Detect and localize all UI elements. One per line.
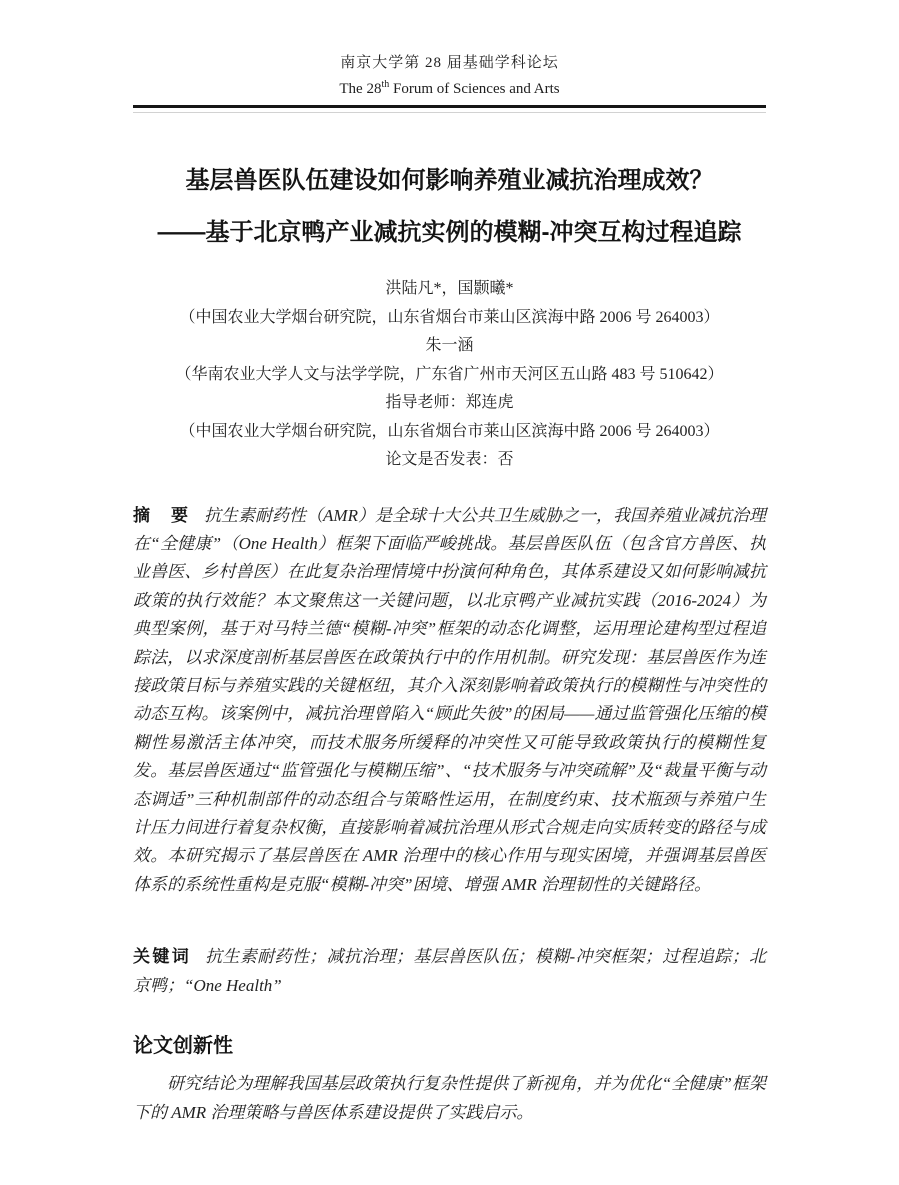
innovation-text: 研究结论为理解我国基层政策执行复杂性提供了新视角，并为优化“全健康”框架下的 A… (133, 1069, 766, 1127)
header-rule (133, 105, 766, 108)
forum-title-en-pre: The 28 (339, 81, 381, 97)
abstract-paragraph: 摘 要抗生素耐药性（AMR）是全球十大公共卫生威胁之一，我国养殖业减抗治理在“全… (133, 502, 766, 900)
forum-title-cn: 南京大学第 28 届基础学科论坛 (133, 52, 766, 74)
running-head: 南京大学第 28 届基础学科论坛 The 28th Forum of Scien… (133, 52, 766, 113)
section-heading-innovation: 论文创新性 (133, 1032, 766, 1060)
keywords-label: 关键词 (133, 947, 191, 966)
affiliation-line-1: （中国农业大学烟台研究院，山东省烟台市莱山区滨海中路 2006 号 264003… (133, 304, 766, 333)
paper-title-line-1: 基层兽医队伍建设如何影响养殖业减抗治理成效？ (133, 155, 766, 207)
abstract-text: 抗生素耐药性（AMR）是全球十大公共卫生威胁之一，我国养殖业减抗治理在“全健康”… (133, 506, 766, 894)
author-names-line: 洪陆凡*，国颢曦* (133, 275, 766, 304)
forum-title-en-post: Forum of Sciences and Arts (389, 81, 559, 97)
affiliation-line-2: （华南农业大学人文与法学学院，广东省广州市天河区五山路 483 号 510642… (133, 361, 766, 390)
header-rule-shadow (133, 112, 766, 113)
author-block: 洪陆凡*，国颢曦* （中国农业大学烟台研究院，山东省烟台市莱山区滨海中路 200… (133, 275, 766, 475)
advisor-line: 指导老师：郑连虎 (133, 389, 766, 418)
abstract-label: 摘 要 (133, 506, 190, 525)
affiliation-line-3: （中国农业大学烟台研究院，山东省烟台市莱山区滨海中路 2006 号 264003… (133, 418, 766, 447)
publication-status-line: 论文是否发表：否 (133, 446, 766, 475)
paper-title: 基层兽医队伍建设如何影响养殖业减抗治理成效？ ——基于北京鸭产业减抗实例的模糊-… (133, 155, 766, 259)
keywords-text: 抗生素耐药性；减抗治理；基层兽医队伍；模糊-冲突框架；过程追踪；北京鸭；“One… (133, 947, 766, 994)
author-name-line-2: 朱一涵 (133, 332, 766, 361)
document-page: 南京大学第 28 届基础学科论坛 The 28th Forum of Scien… (0, 0, 899, 1185)
paper-title-line-2: ——基于北京鸭产业减抗实例的模糊-冲突互构过程追踪 (133, 207, 766, 259)
forum-title-en: The 28th Forum of Sciences and Arts (133, 74, 766, 100)
keywords-paragraph: 关键词抗生素耐药性；减抗治理；基层兽医队伍；模糊-冲突框架；过程追踪；北京鸭；“… (133, 943, 766, 1000)
